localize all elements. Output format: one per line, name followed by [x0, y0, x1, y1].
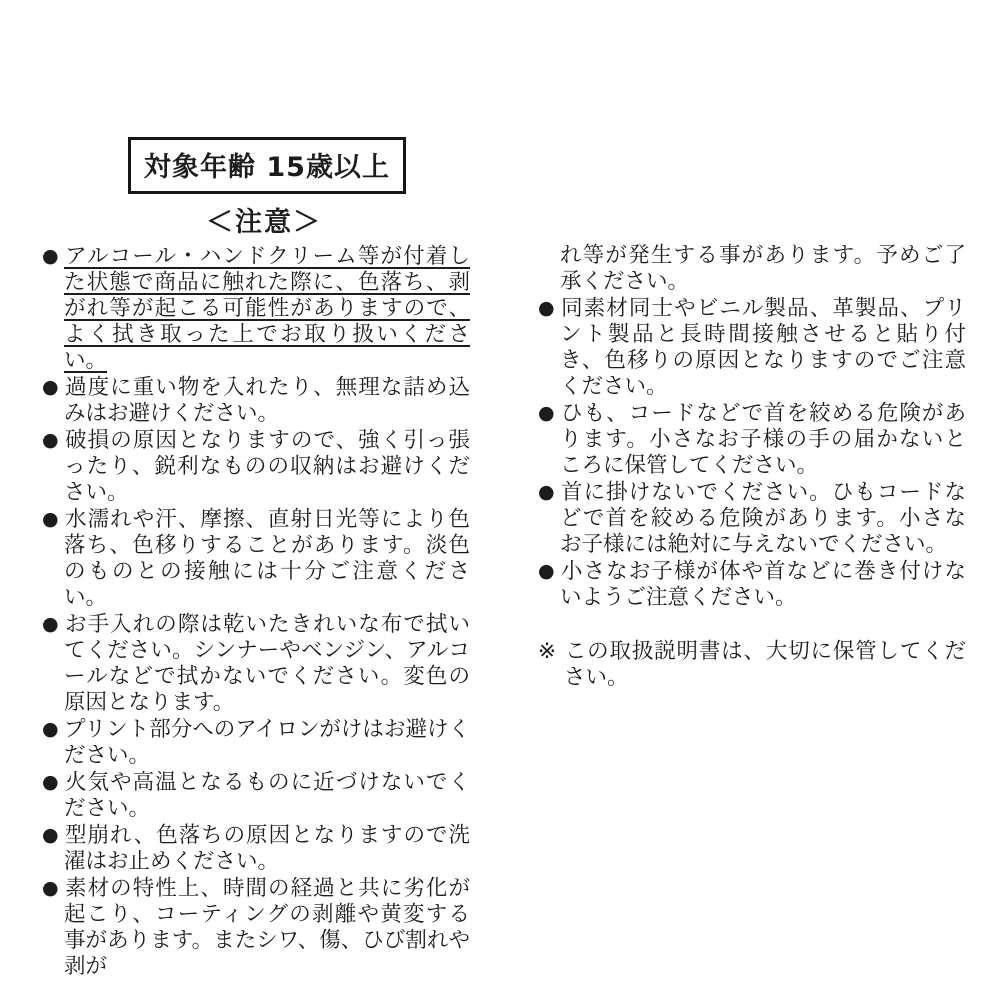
- caution-item-text: 破損の原因となりますので、強く引っ張ったり、鋭利なものの収納はお避けください。: [64, 428, 470, 505]
- bullet-icon: ●: [42, 769, 64, 795]
- caution-item-text: ひも、コードなどで首を絞める危険があります。小さなお子様の手の届かないところに保…: [560, 401, 966, 478]
- right-column: れ等が発生する事があります。予めご了承ください。 ●同素材同士やビニル製品、革製…: [538, 243, 966, 713]
- bullet-icon: ●: [538, 295, 560, 321]
- caution-item-text: 過度に重い物を入れたり、無理な詰め込みはお避けください。: [64, 375, 470, 426]
- caution-item: ●お手入れの際は乾いたきれいな布で拭いてください。シンナーやベンジン、アルコール…: [42, 611, 470, 716]
- bullet-icon: ●: [538, 400, 560, 426]
- caution-columns: ●アルコール・ハンドクリーム等が付着した状態で商品に触れた際に、色落ち、剥がれ等…: [42, 243, 972, 980]
- caution-item-text: 火気や高温となるものに近づけないでください。: [64, 770, 470, 821]
- caution-heading: ＜注意＞: [118, 200, 410, 239]
- bullet-icon: ●: [538, 479, 560, 505]
- bullet-icon: ●: [42, 427, 64, 453]
- caution-item-text: お手入れの際は乾いたきれいな布で拭いてください。シンナーやベンジン、アルコールな…: [64, 612, 470, 715]
- caution-item: ●首に掛けないでください。ひもコードなどで首を絞める危険があります。小さなお子様…: [538, 479, 966, 558]
- left-column: ●アルコール・ハンドクリーム等が付着した状態で商品に触れた際に、色落ち、剥がれ等…: [42, 243, 470, 980]
- caution-item: ●火気や高温となるものに近づけないでください。: [42, 769, 470, 822]
- age-rating-label: 対象年齢 15歳以上: [144, 152, 390, 183]
- caution-item-text: プリント部分へのアイロンがけはお避けください。: [64, 717, 470, 768]
- instruction-sheet: 対象年齢 15歳以上 ＜注意＞ ●アルコール・ハンドクリーム等が付着した状態で商…: [0, 0, 1000, 1000]
- caution-item-text: 小さなお子様が体や首などに巻き付けないようご注意ください。: [560, 559, 966, 610]
- caution-item-text: 水濡れや汗、摩擦、直射日光等により色落ち、色移りすることがあります。淡色のものと…: [64, 507, 470, 610]
- caution-item: ●ひも、コードなどで首を絞める危険があります。小さなお子様の手の届かないところに…: [538, 400, 966, 479]
- bullet-icon: ●: [42, 374, 64, 400]
- note-mark-icon: ※: [538, 639, 564, 665]
- caution-item-continuation: れ等が発生する事があります。予めご了承ください。: [538, 243, 966, 295]
- bullet-icon: ●: [42, 243, 64, 269]
- bullet-icon: ●: [538, 558, 560, 584]
- caution-item-text: 型崩れ、色落ちの原因となりますので洗濯はお止めください。: [64, 823, 470, 874]
- caution-item: ●同素材同士やビニル製品、革製品、プリント製品と長時間接触させると貼り付き、色移…: [538, 295, 966, 400]
- age-rating-box: 対象年齢 15歳以上: [128, 137, 406, 194]
- caution-item: ●アルコール・ハンドクリーム等が付着した状態で商品に触れた際に、色落ち、剥がれ等…: [42, 243, 470, 374]
- bullet-icon: ●: [42, 822, 64, 848]
- caution-item-text: 素材の特性上、時間の経過と共に劣化が起こり、コーティングの剥離や黄変する事があり…: [64, 876, 470, 979]
- caution-item: ●破損の原因となりますので、強く引っ張ったり、鋭利なものの収納はお避けください。: [42, 427, 470, 506]
- caution-item: ●小さなお子様が体や首などに巻き付けないようご注意ください。: [538, 558, 966, 611]
- bullet-icon: ●: [42, 506, 64, 532]
- storage-note-text: この取扱説明書は、大切に保管してください。: [564, 639, 966, 690]
- storage-note: ※この取扱説明書は、大切に保管してください。: [538, 639, 966, 691]
- caution-item: ●水濡れや汗、摩擦、直射日光等により色落ち、色移りすることがあります。淡色のもの…: [42, 506, 470, 611]
- bullet-icon: ●: [42, 611, 64, 637]
- caution-item: ●プリント部分へのアイロンがけはお避けください。: [42, 716, 470, 769]
- caution-item-text: 首に掛けないでください。ひもコードなどで首を絞める危険があります。小さなお子様に…: [560, 480, 966, 557]
- caution-item-text: 同素材同士やビニル製品、革製品、プリント製品と長時間接触させると貼り付き、色移り…: [560, 296, 966, 399]
- bullet-icon: ●: [42, 875, 64, 901]
- bullet-icon: ●: [42, 716, 64, 742]
- caution-item-text: アルコール・ハンドクリーム等が付着した状態で商品に触れた際に、色落ち、剥がれ等が…: [64, 244, 470, 373]
- caution-item: ●型崩れ、色落ちの原因となりますので洗濯はお止めください。: [42, 822, 470, 875]
- caution-item: ●過度に重い物を入れたり、無理な詰め込みはお避けください。: [42, 374, 470, 427]
- caution-item: ●素材の特性上、時間の経過と共に劣化が起こり、コーティングの剥離や黄変する事があ…: [42, 875, 470, 980]
